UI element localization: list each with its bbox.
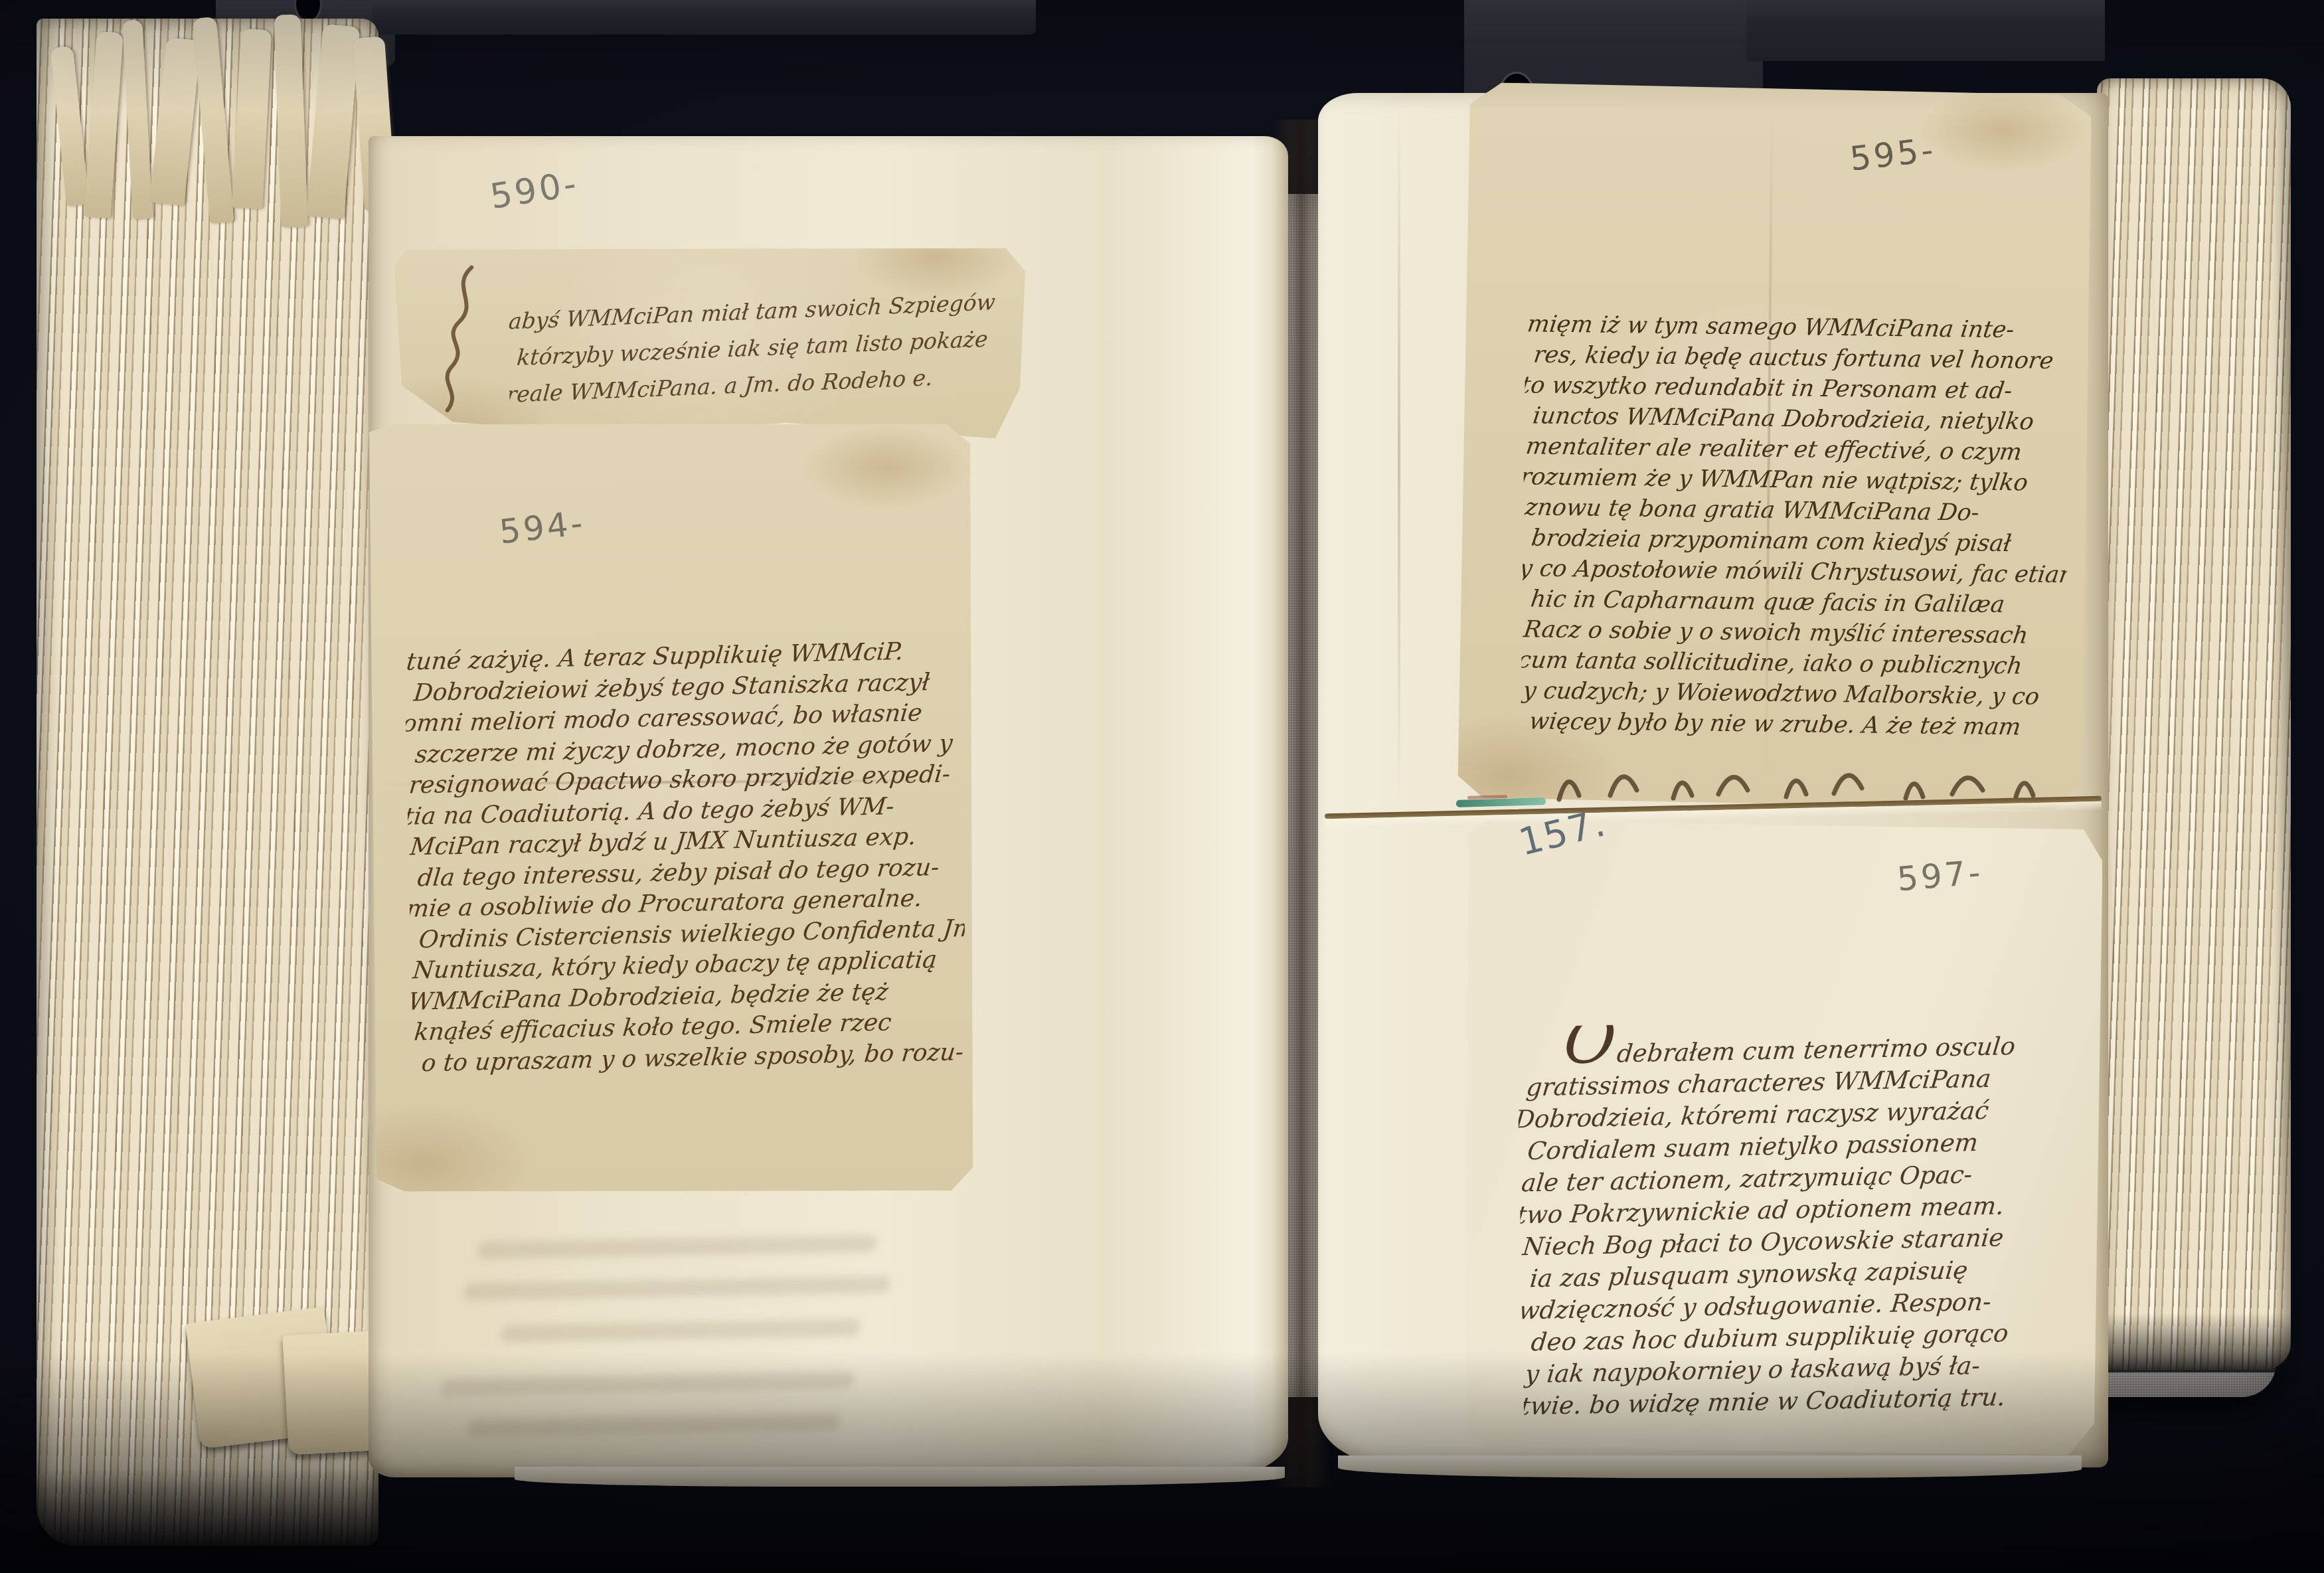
- handwritten-line: więcey było by nie w zrube. A że też mam: [1527, 706, 2069, 743]
- right-page-stack: [2097, 78, 2291, 1370]
- page-crease: [1398, 106, 1400, 803]
- cradle-plate-right-strip: [1746, 0, 2105, 61]
- archival-book-photo: 590- abyś WMMciPan miał tam swoich Szpie…: [0, 0, 2324, 1573]
- left-page: 590- abyś WMMciPan miał tam swoich Szpie…: [369, 136, 1288, 1477]
- page-number-594: 594-: [497, 503, 587, 551]
- pasted-letter-594: 594- tuné zażyię. A teraz Supplikuię WMM…: [369, 420, 975, 1195]
- ruffled-page-edges-top: [58, 12, 404, 238]
- handwritten-letter-594-text: tuné zażyię. A teraz Supplikuię WMMciP.D…: [404, 635, 968, 1085]
- page-number-595: 595-: [1848, 130, 1938, 178]
- page-number-590: 590-: [487, 164, 582, 217]
- handwritten-letter-597-text: Odebrałem cum tenerrimo osculogratissimo…: [1517, 1016, 2095, 1418]
- handwritten-fragment-text: abyś WMMciPan miał tam swoich Szpiegówkt…: [506, 283, 1015, 422]
- ink-margin-flourish: [419, 258, 500, 430]
- pasted-letter-597: Odebrałem cum tenerrimo osculogratissimo…: [1466, 821, 2102, 1455]
- pasted-letter-595: 595- mięm iż w tym samego WMMciPana inte…: [1457, 82, 2091, 810]
- cradle-plate-left-strip: [372, 0, 1036, 35]
- pasted-fragment-letter: abyś WMMciPan miał tam swoich Szpiegówkt…: [394, 244, 1027, 444]
- page-number-597: 597-: [1896, 853, 1985, 898]
- handwritten-letter-595-text: mięm iż w tym samego WMMciPana inte-res,…: [1521, 309, 2070, 747]
- right-page: 595- mięm iż w tym samego WMMciPana inte…: [1318, 93, 2108, 1467]
